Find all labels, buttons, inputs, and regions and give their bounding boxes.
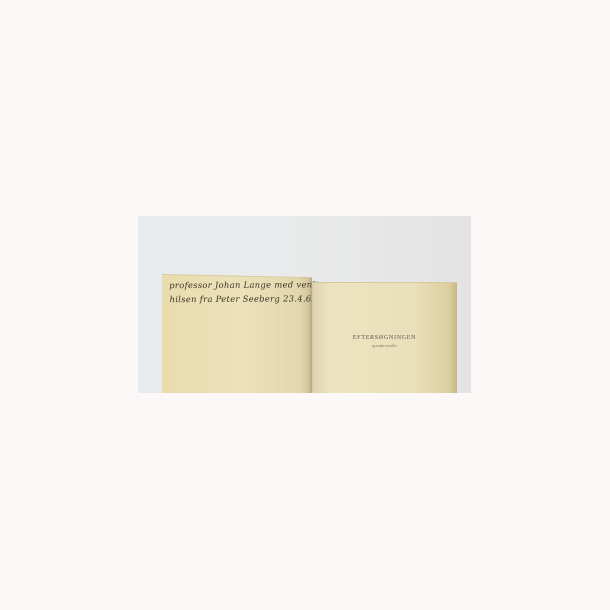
- book-title: EFTERSØGNINGEN: [312, 334, 457, 341]
- book-spine-gutter: [309, 278, 313, 393]
- open-book: professor Johan Lange med venlig hilsen …: [162, 274, 457, 393]
- inscription-line: hilsen fra Peter Seeberg 23.4.62: [169, 291, 317, 306]
- title-block: EFTERSØGNINGEN og andre noveller: [312, 334, 457, 348]
- handwritten-inscription: professor Johan Lange med venlig hilsen …: [169, 277, 318, 306]
- book-photo: professor Johan Lange med venlig hilsen …: [138, 216, 471, 393]
- right-page: EFTERSØGNINGEN og andre noveller: [312, 282, 457, 393]
- book-subtitle: og andre noveller: [312, 344, 457, 348]
- inscription-line: professor Johan Lange med venlig: [169, 277, 317, 292]
- left-page: professor Johan Lange med venlig hilsen …: [162, 274, 312, 393]
